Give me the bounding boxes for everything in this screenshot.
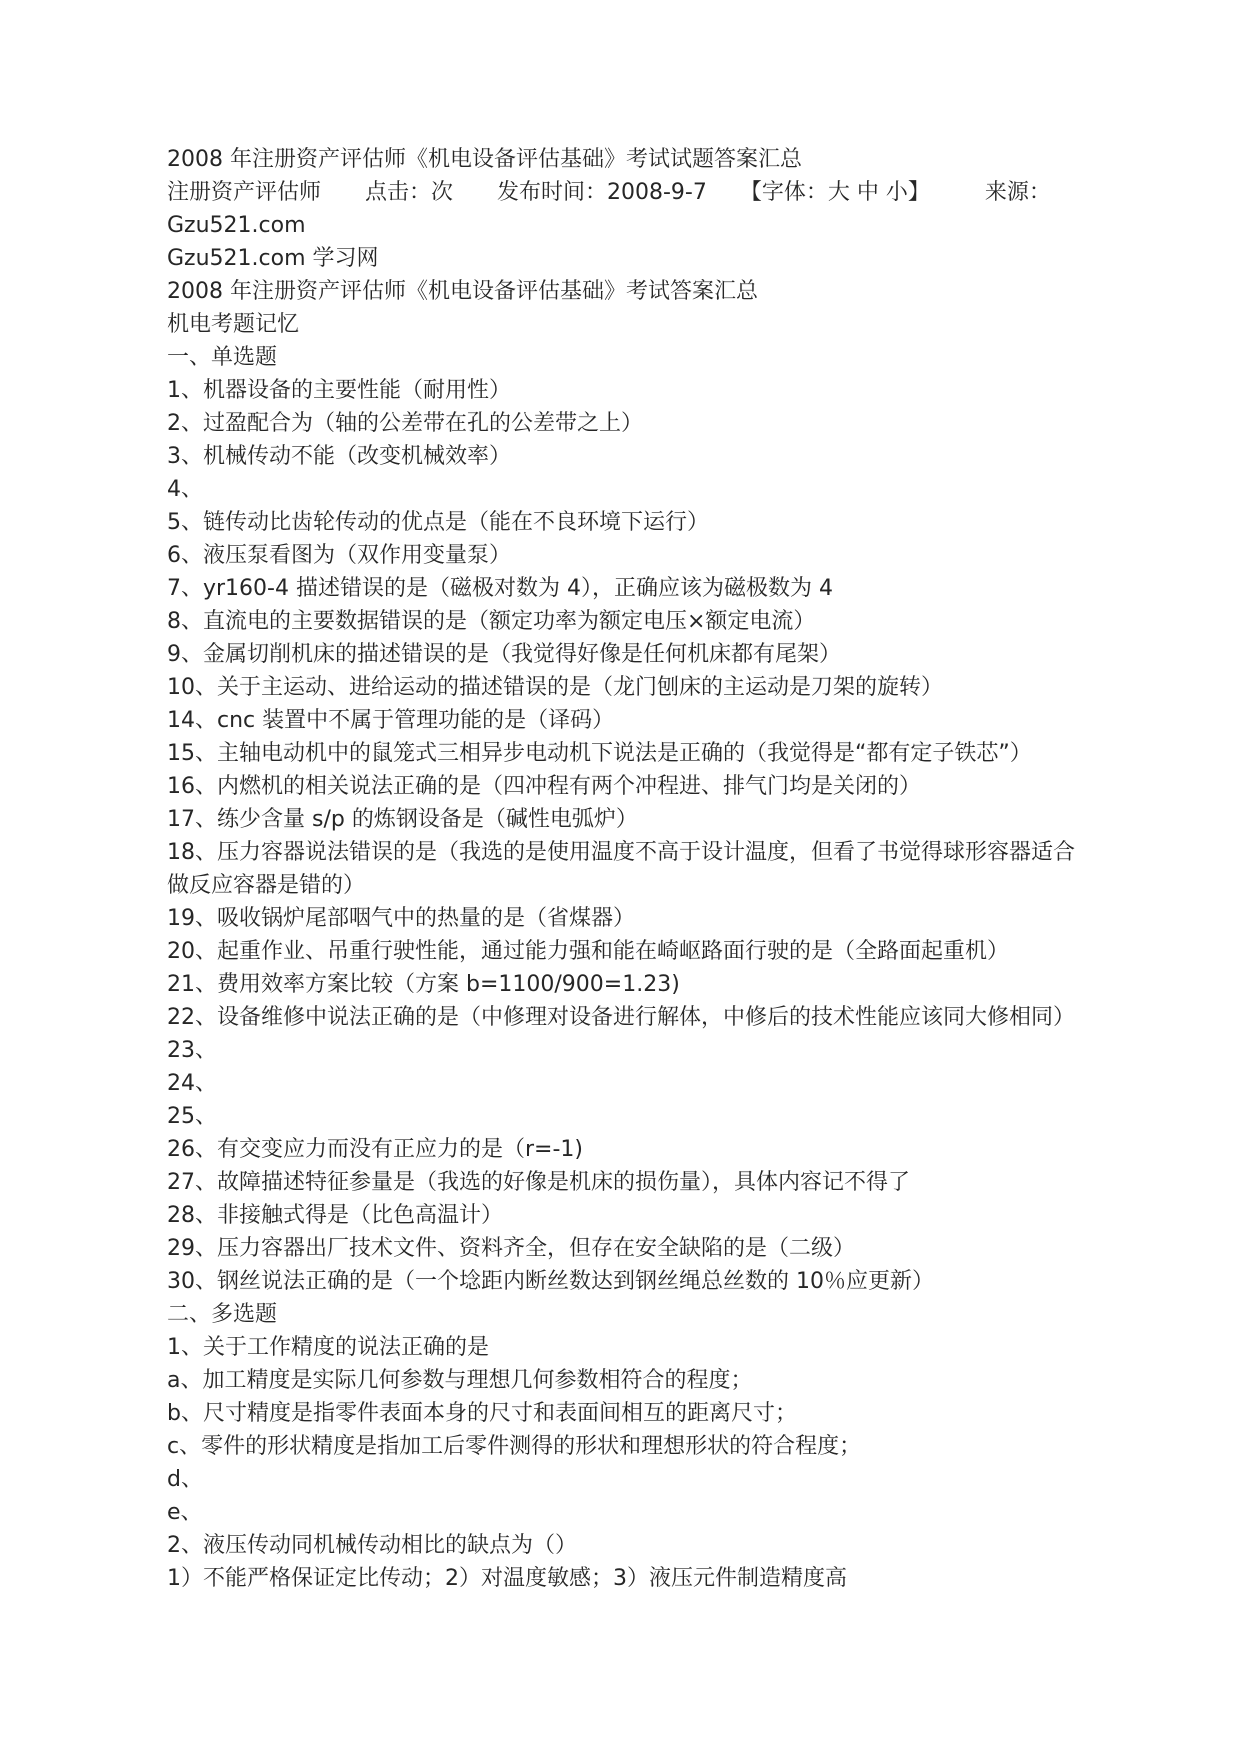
question-item: 5、链传动比齿轮传动的优点是（能在不良环境下运行） <box>167 506 1075 539</box>
question-item: 27、故障描述特征参量是（我选的好像是机床的损伤量），具体内容记不得了 <box>167 1166 1075 1199</box>
question-item: 1、关于工作精度的说法正确的是 <box>167 1331 1075 1364</box>
question-item: 14、cnc 装置中不属于管理功能的是（译码） <box>167 704 1075 737</box>
question-item: 8、直流电的主要数据错误的是（额定功率为额定电压×额定电流） <box>167 605 1075 638</box>
sections-container: 一、单选题1、机器设备的主要性能（耐用性）2、过盈配合为（轴的公差带在孔的公差带… <box>167 341 1075 1595</box>
question-item: 25、 <box>167 1100 1075 1133</box>
question-item: e、 <box>167 1496 1075 1529</box>
question-item: 6、液压泵看图为（双作用变量泵） <box>167 539 1075 572</box>
question-item: 3、机械传动不能（改变机械效率） <box>167 440 1075 473</box>
question-item: 21、费用效率方案比较（方案 b=1100/900=1.23) <box>167 968 1075 1001</box>
document-body: 2008 年注册资产评估师《机电设备评估基础》考试试题答案汇总 注册资产评估师 … <box>167 143 1075 1595</box>
question-item: 17、练少含量 s/p 的炼钢设备是（碱性电弧炉） <box>167 803 1075 836</box>
question-item: 28、非接触式得是（比色高温计） <box>167 1199 1075 1232</box>
question-item: 24、 <box>167 1067 1075 1100</box>
question-item: d、 <box>167 1463 1075 1496</box>
question-item: 2、液压传动同机械传动相比的缺点为（） <box>167 1529 1075 1562</box>
question-item: 23、 <box>167 1034 1075 1067</box>
question-item: 26、有交变应力而没有正应力的是（r=-1) <box>167 1133 1075 1166</box>
question-item: 20、起重作业、吊重行驶性能，通过能力强和能在崎岖路面行驶的是（全路面起重机） <box>167 935 1075 968</box>
question-item: 1）不能严格保证定比传动；2）对温度敏感；3）液压元件制造精度高 <box>167 1562 1075 1595</box>
question-item: a、加工精度是实际几何参数与理想几何参数相符合的程度； <box>167 1364 1075 1397</box>
memo-title: 机电考题记忆 <box>167 308 1075 341</box>
question-item: 1、机器设备的主要性能（耐用性） <box>167 374 1075 407</box>
question-item: 30、钢丝说法正确的是（一个埝距内断丝数达到钢丝绳总丝数的 10％应更新） <box>167 1265 1075 1298</box>
question-item: 2、过盈配合为（轴的公差带在孔的公差带之上） <box>167 407 1075 440</box>
question-item: 15、主轴电动机中的鼠笼式三相异步电动机下说法是正确的（我觉得是“都有定子铁芯”… <box>167 737 1075 770</box>
question-item: c、零件的形状精度是指加工后零件测得的形状和理想形状的符合程度； <box>167 1430 1075 1463</box>
question-item: 19、吸收锅炉尾部咽气中的热量的是（省煤器） <box>167 902 1075 935</box>
question-item: 10、关于主运动、进给运动的描述错误的是（龙门刨床的主运动是刀架的旋转） <box>167 671 1075 704</box>
question-item: 7、yr160-4 描述错误的是（磁极对数为 4），正确应该为磁极数为 4 <box>167 572 1075 605</box>
section-heading: 二、多选题 <box>167 1298 1075 1331</box>
document-meta-line: 注册资产评估师 点击：次 发布时间：2008-9-7 【字体：大 中 小】 来源… <box>167 176 1075 209</box>
question-item: 29、压力容器出厂技术文件、资料齐全，但存在安全缺陷的是（二级） <box>167 1232 1075 1265</box>
question-item: 4、 <box>167 473 1075 506</box>
document-page: 2008 年注册资产评估师《机电设备评估基础》考试试题答案汇总 注册资产评估师 … <box>0 0 1241 1754</box>
section-heading: 一、单选题 <box>167 341 1075 374</box>
document-subtitle: 2008 年注册资产评估师《机电设备评估基础》考试答案汇总 <box>167 275 1075 308</box>
document-title: 2008 年注册资产评估师《机电设备评估基础》考试试题答案汇总 <box>167 143 1075 176</box>
question-item: 16、内燃机的相关说法正确的是（四冲程有两个冲程进、排气门均是关闭的） <box>167 770 1075 803</box>
question-item: 9、金属切削机床的描述错误的是（我觉得好像是任何机床都有尾架） <box>167 638 1075 671</box>
question-item: 18、压力容器说法错误的是（我选的是使用温度不高于设计温度，但看了书觉得球形容器… <box>167 836 1075 902</box>
site-name: Gzu521.com 学习网 <box>167 242 1075 275</box>
source-url: Gzu521.com <box>167 209 1075 242</box>
question-item: b、尺寸精度是指零件表面本身的尺寸和表面间相互的距离尺寸； <box>167 1397 1075 1430</box>
question-item: 22、设备维修中说法正确的是（中修理对设备进行解体，中修后的技术性能应该同大修相… <box>167 1001 1075 1034</box>
